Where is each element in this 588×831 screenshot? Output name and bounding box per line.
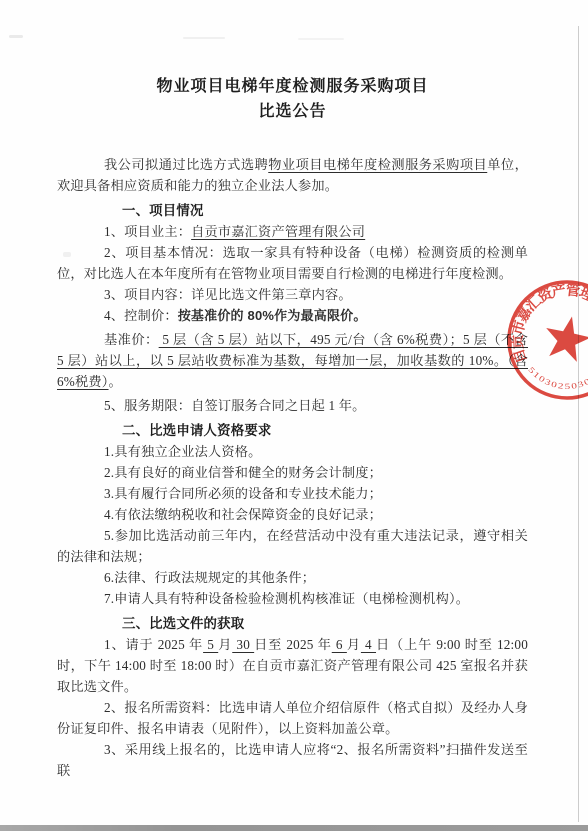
- text-segment: 按基准价的 80%作为最高限价。: [178, 308, 367, 323]
- document-content: 物业项目电梯年度检测服务采购项目 比选公告 我公司拟通过比选方式选聘物业项目电梯…: [0, 0, 588, 781]
- text-segment: 月: [218, 637, 232, 652]
- text-segment: 5: [203, 637, 218, 652]
- text-segment: 3.具有履行合同所必须的设备和专业技术能力；: [104, 486, 382, 501]
- section-heading: 一、项目情况: [57, 200, 528, 221]
- paragraph: 1、项目业主：自贡市嘉汇资产管理有限公司: [57, 221, 528, 242]
- paragraph: 3、项目内容：详见比选文件第三章内容。: [57, 284, 528, 305]
- section-heading: 三、比选文件的获取: [57, 613, 528, 634]
- text-segment: 一、项目情况: [122, 203, 204, 218]
- text-segment: 日至 2025 年: [254, 637, 332, 652]
- paragraph: 1.具有独立企业法人资格。: [57, 441, 528, 462]
- text-segment: 三、比选文件的获取: [122, 616, 244, 631]
- paragraph: 1、请于 2025 年 5 月 30 日至 2025 年 6 月 4 日（上午 …: [57, 634, 528, 697]
- scanned-document-page: 物业项目电梯年度检测服务采购项目 比选公告 我公司拟通过比选方式选聘物业项目电梯…: [0, 0, 588, 831]
- text-segment: 2、项目基本情况：选取一家具有特种设备（电梯）检测资质的检测单位，对比选人在本年…: [57, 245, 528, 281]
- text-segment: 7.申请人具有特种设备检验检测机构核准证（电梯检测机构）。: [104, 591, 469, 606]
- text-segment: 2.具有良好的商业信誉和健全的财务会计制度；: [104, 465, 382, 480]
- text-segment: 6: [332, 637, 347, 652]
- paragraph: 2、报名所需资料：比选申请人单位介绍信原件（格式自拟）及经办人身份证复印件、报名…: [57, 697, 528, 739]
- paragraph: 3、采用线上报名的，比选申请人应将“2、报名所需资料”扫描件发送至联: [57, 739, 528, 781]
- text-segment: 我公司拟通过比选方式选聘: [104, 157, 268, 172]
- document-title-line2: 比选公告: [57, 99, 528, 124]
- text-segment: 2、报名所需资料：比选申请人单位介绍信原件（格式自拟）及经办人身份证复印件、报名…: [57, 700, 528, 736]
- paragraph: 6.法律、行政法规规定的其他条件；: [57, 567, 528, 588]
- paragraph: 4、控制价：按基准价的 80%作为最高限价。: [57, 305, 528, 326]
- text-segment: 4: [361, 637, 376, 652]
- paragraph: 2.具有良好的商业信誉和健全的财务会计制度；: [57, 462, 528, 483]
- document-title-line1: 物业项目电梯年度检测服务采购项目: [57, 74, 528, 99]
- text-segment: 6.法律、行政法规规定的其他条件；: [104, 570, 315, 585]
- text-segment: 5.参加比选活动前三年内，在经营活动中没有重大违法记录，遵守相关的法律和法规；: [57, 528, 528, 564]
- text-segment: 4.有依法缴纳税收和社会保障资金的良好记录；: [104, 507, 382, 522]
- text-segment: 。: [109, 374, 122, 389]
- paragraph: 我公司拟通过比选方式选聘物业项目电梯年度检测服务采购项目单位，欢迎具备相应资质和…: [57, 154, 528, 196]
- paragraph: 基准价： 5 层（含 5 层）站以下，495 元/台（含 6%税费）；5 层（不…: [57, 329, 528, 392]
- text-segment: 1.具有独立企业法人资格。: [104, 444, 262, 459]
- text-segment: 物业项目电梯年度检测服务采购项目: [268, 157, 487, 172]
- paragraph: 2、项目基本情况：选取一家具有特种设备（电梯）检测资质的检测单位，对比选人在本年…: [57, 242, 528, 284]
- paragraph: 3.具有履行合同所必须的设备和专业技术能力；: [57, 483, 528, 504]
- text-segment: 基准价：: [104, 332, 159, 347]
- text-segment: 5、服务期限：自签订服务合同之日起 1 年。: [104, 398, 366, 413]
- text-segment: 30: [232, 637, 254, 652]
- text-segment: 1、项目业主：: [104, 224, 191, 239]
- text-segment: 1、请于 2025 年: [104, 637, 203, 652]
- paragraph: 5、服务期限：自签订服务合同之日起 1 年。: [57, 395, 528, 416]
- paragraph: 5.参加比选活动前三年内，在经营活动中没有重大违法记录，遵守相关的法律和法规；: [57, 525, 528, 567]
- document-body: 我公司拟通过比选方式选聘物业项目电梯年度检测服务采购项目单位，欢迎具备相应资质和…: [57, 154, 528, 781]
- paragraph: 4.有依法缴纳税收和社会保障资金的良好记录；: [57, 504, 528, 525]
- text-segment: 自贡市嘉汇资产管理有限公司: [191, 224, 365, 239]
- paragraph: 7.申请人具有特种设备检验检测机构核准证（电梯检测机构）。: [57, 588, 528, 609]
- text-segment: 月: [347, 637, 361, 652]
- text-segment: 4、控制价：: [104, 308, 178, 323]
- text-segment: 二、比选申请人资格要求: [122, 423, 272, 438]
- section-heading: 二、比选申请人资格要求: [57, 420, 528, 441]
- text-segment: 3、采用线上报名的，比选申请人应将“2、报名所需资料”扫描件发送至联: [57, 742, 528, 778]
- scan-edge-bar: [0, 825, 588, 831]
- text-segment: 3、项目内容：详见比选文件第三章内容。: [104, 287, 352, 302]
